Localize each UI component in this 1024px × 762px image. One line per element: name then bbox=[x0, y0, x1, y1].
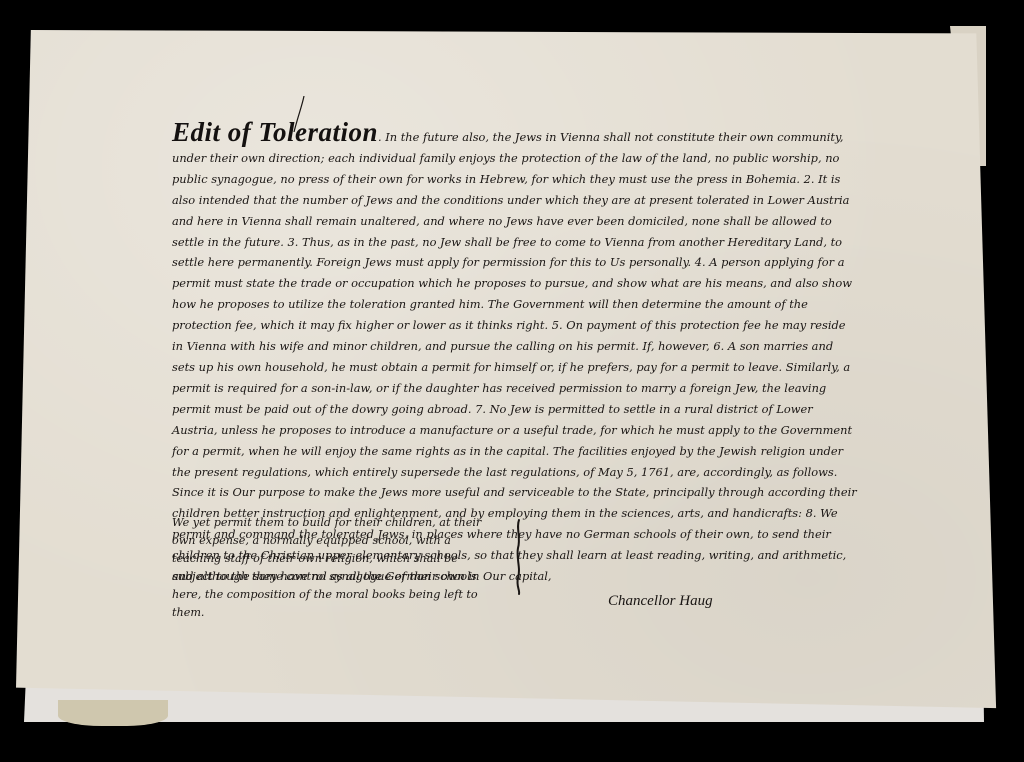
vertical-bracket-flourish-icon bbox=[513, 518, 525, 596]
edict-second-paragraph: We yet permit them to build for their ch… bbox=[172, 514, 487, 622]
underlying-tan-sheet bbox=[58, 700, 168, 726]
document-title: Edit of Toleration bbox=[172, 117, 378, 147]
photo-scene: Edit of Toleration. In the future also, … bbox=[0, 0, 1024, 762]
signature: Chancellor Haug bbox=[608, 593, 713, 610]
